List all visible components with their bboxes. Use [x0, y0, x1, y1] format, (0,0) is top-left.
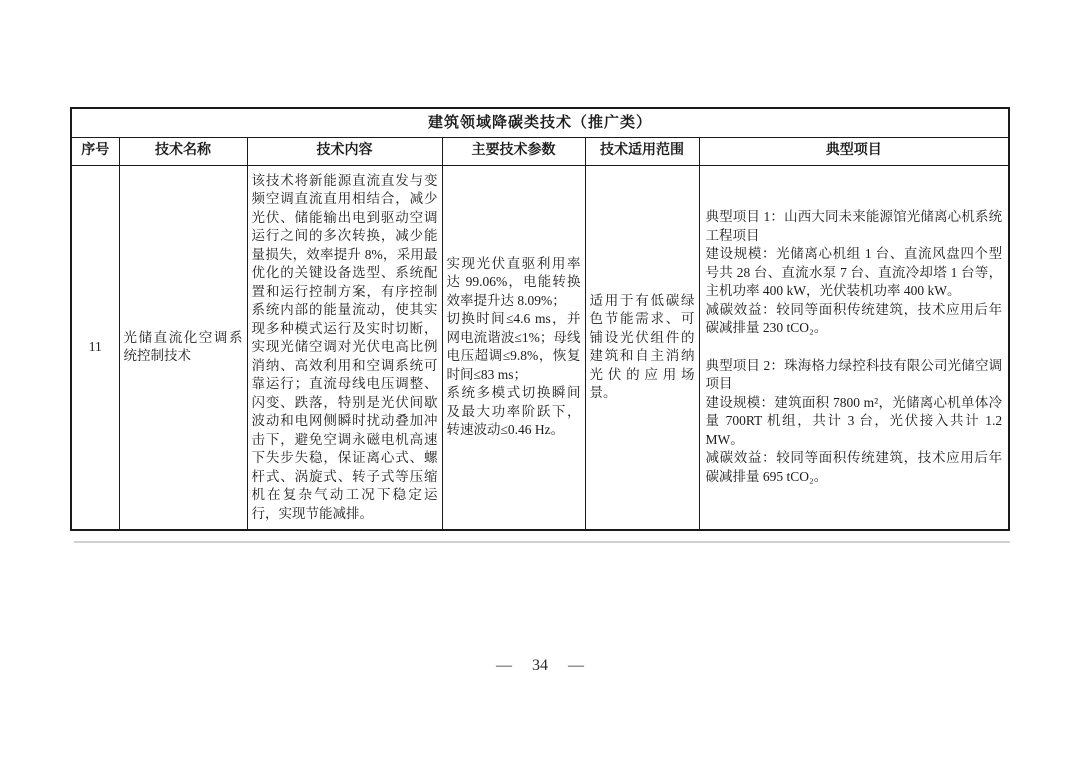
project-benefit: 减碳效益：较同等面积传统建筑，技术应用后年碳减排量 695 tCO₂。: [706, 449, 1003, 486]
col-header-tech-name: 技术名称: [119, 137, 247, 165]
project-scale: 建设规模：建筑面积 7800 m²，光储离心机单体冷量 700RT 机组，共计 …: [706, 394, 1003, 450]
scan-shadow-divider: [74, 541, 1010, 543]
row-tech-parameters: 实现光伏直驱利用率达 99.06%，电能转换效率提升达 8.09%； 切换时间≤…: [442, 165, 585, 530]
project-benefit: 减碳效益：较同等面积传统建筑，技术应用后年碳减排量 230 tCO₂。: [706, 301, 1003, 338]
col-header-typical-projects: 典型项目: [699, 137, 1009, 165]
project-title: 典型项目 2：珠海格力绿控科技有限公司光储空调项目: [706, 357, 1003, 394]
technology-table: 建筑领域降碳类技术（推广类） 序号 技术名称 技术内容 主要技术参数 技术适用范…: [70, 107, 1010, 531]
parameter-line: 切换时间≤4.6 ms，并网电流谐波≤1%；母线电压超调≤9.8%，恢复时间≤8…: [447, 310, 581, 384]
project-scale: 建设规模：光储离心机组 1 台、直流风盘四个型号共 28 台、直流水泵 7 台、…: [706, 245, 1003, 301]
page-number: — 34 —: [0, 657, 1080, 675]
tech-content-text: 该技术将新能源直流直发与变频空调直流直用相结合，减少光伏、储能输出电到驱动空调运…: [252, 172, 438, 524]
table-title: 建筑领域降碳类技术（推广类）: [71, 108, 1009, 137]
row-tech-content: 该技术将新能源直流直发与变频空调直流直用相结合，减少光伏、储能输出电到驱动空调运…: [247, 165, 442, 530]
row-index: 11: [71, 165, 119, 530]
project-block-1: 典型项目 1：山西大同未来能源馆光储离心机系统工程项目 建设规模：光储离心机组 …: [706, 208, 1003, 338]
scope-text: 适用于有低碳绿色节能需求、可铺设光伏组件的建筑和自主消纳光伏的应用场景。: [590, 292, 695, 403]
table-row: 11 光储直流化空调系统控制技术 该技术将新能源直流直发与变频空调直流直用相结合…: [71, 165, 1009, 530]
project-title: 典型项目 1：山西大同未来能源馆光储离心机系统工程项目: [706, 208, 1003, 245]
col-header-tech-scope: 技术适用范围: [585, 137, 699, 165]
parameter-line: 系统多模式切换瞬间及最大功率阶跃下，转速波动≤0.46 Hz。: [447, 384, 581, 440]
parameter-line: 实现光伏直驱利用率达 99.06%，电能转换效率提升达 8.09%；: [447, 255, 581, 311]
col-header-tech-content: 技术内容: [247, 137, 442, 165]
table-header-row: 序号 技术名称 技术内容 主要技术参数 技术适用范围 典型项目: [71, 137, 1009, 165]
document-page: 建筑领域降碳类技术（推广类） 序号 技术名称 技术内容 主要技术参数 技术适用范…: [0, 0, 1080, 763]
col-header-index: 序号: [71, 137, 119, 165]
col-header-tech-parameters: 主要技术参数: [442, 137, 585, 165]
row-tech-scope: 适用于有低碳绿色节能需求、可铺设光伏组件的建筑和自主消纳光伏的应用场景。: [585, 165, 699, 530]
project-block-2: 典型项目 2：珠海格力绿控科技有限公司光储空调项目 建设规模：建筑面积 7800…: [706, 357, 1003, 487]
row-typical-projects: 典型项目 1：山西大同未来能源馆光储离心机系统工程项目 建设规模：光储离心机组 …: [699, 165, 1009, 530]
row-tech-name: 光储直流化空调系统控制技术: [119, 165, 247, 530]
table-title-row: 建筑领域降碳类技术（推广类）: [71, 108, 1009, 137]
